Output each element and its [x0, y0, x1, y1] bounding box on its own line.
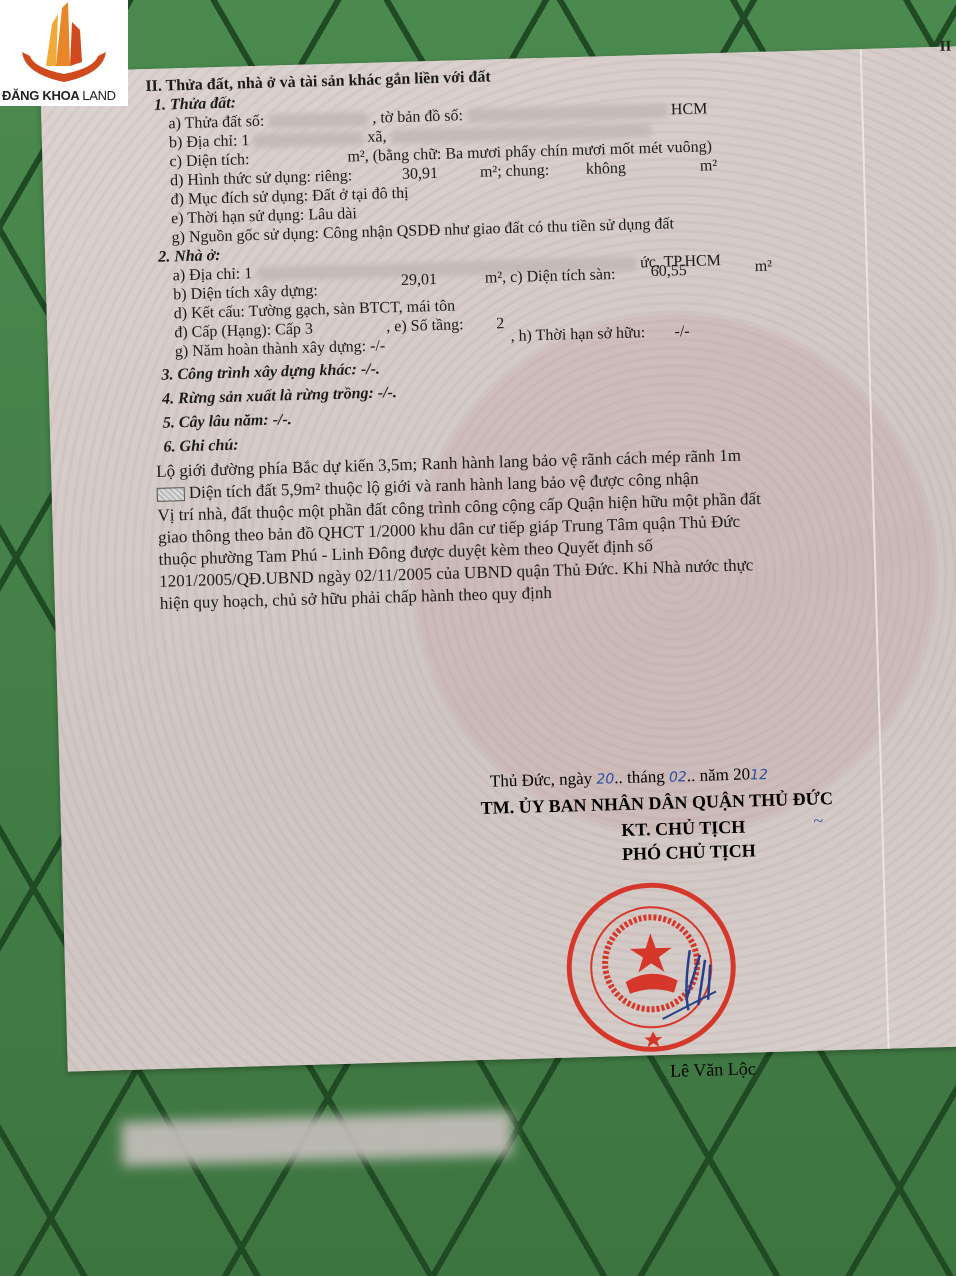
certificate-page: II II. Thửa đất, nhà ở và tài sản khác g…	[40, 46, 956, 1072]
shared-label: m²; chung:	[480, 161, 550, 182]
origin-label: g) Nguồn gốc sử dụng:	[171, 225, 319, 246]
year-label: năm 20	[699, 764, 750, 784]
private-area: 30,91	[402, 164, 439, 184]
area-label: c) Diện tích:	[169, 151, 249, 170]
right-page-mark: II	[939, 39, 951, 56]
build-area-value: 29,01	[401, 270, 438, 290]
address-prefix: 1	[241, 132, 249, 149]
vice-chairman-title: PHÓ CHỦ TỊCH	[622, 840, 756, 865]
brand-light: LAND	[82, 88, 115, 103]
house-address-prefix: 1	[244, 265, 252, 282]
redacted-address	[253, 131, 363, 148]
hatch-legend-icon	[157, 487, 185, 502]
floor-area-unit: m²	[754, 257, 772, 276]
address-ward-fragment: xã,	[367, 128, 387, 146]
floor-area-label: m², c) Diện tích sàn:	[485, 265, 616, 288]
brand-name: ĐĂNG KHOA LAND	[2, 88, 116, 103]
redacted-serial-number	[121, 1111, 512, 1166]
issuing-organization: TM. ỦY BAN NHÂN DÂN QUẬN THỦ ĐỨC	[480, 788, 833, 819]
on-behalf-title: KT. CHỦ TỊCH	[621, 817, 745, 841]
tower-logo-icon	[0, 0, 128, 90]
completion-label: g) Năm hoàn thành xây dựng:	[175, 338, 367, 360]
brand-logo: ĐĂNG KHOA LAND	[0, 0, 128, 106]
handwritten-initial: ~	[813, 810, 823, 831]
handwritten-month: 02	[669, 769, 687, 785]
grade-value: Cấp 3	[275, 320, 313, 338]
certificate-content: II. Thửa đất, nhà ở và tài sản khác gắn …	[145, 57, 880, 615]
house-address-label: a) Địa chỉ:	[173, 265, 241, 284]
signer-name: Lê Văn Lộc	[670, 1058, 756, 1081]
ownership-term-value: -/-	[674, 322, 690, 341]
grade-label: đ) Cấp (Hạng):	[174, 322, 271, 342]
parcel-label: a) Thửa đất số:	[168, 113, 264, 133]
ownership-term-label: , h) Thời hạn sở hữu:	[510, 323, 645, 346]
map-sheet-label: , tờ bản đồ số:	[372, 107, 463, 127]
month-label: tháng	[627, 767, 665, 787]
map-sheet-suffix: HCM	[671, 100, 708, 118]
floor-area-value: 60,55	[651, 261, 688, 281]
handwritten-year: 12	[750, 767, 768, 783]
purpose-value: Đất ở tại đô thị	[312, 185, 409, 205]
shared-unit: m²	[700, 156, 718, 175]
shared-value: không	[586, 159, 627, 179]
handwritten-day: 20	[596, 771, 614, 787]
redacted-parcel-number	[268, 112, 368, 129]
official-seal-icon	[563, 879, 740, 1056]
notes-block: Lộ giới đường phía Bắc dự kiến 3,5m; Ran…	[156, 441, 880, 615]
brand-bold: ĐĂNG KHOA	[2, 88, 79, 103]
place-date: Thủ Đức, ngày 20.. tháng 02.. năm 2012	[490, 764, 768, 792]
address-label: b) Địa chỉ:	[169, 133, 238, 152]
floors-value: 2	[496, 314, 505, 333]
place-date-prefix: Thủ Đức, ngày	[490, 769, 593, 791]
term-value: Lâu dài	[308, 205, 357, 223]
completion-value: -/-	[370, 337, 386, 354]
floors-label: , e) Số tầng:	[386, 315, 464, 336]
structure-label: d) Kết cấu:	[174, 303, 246, 322]
